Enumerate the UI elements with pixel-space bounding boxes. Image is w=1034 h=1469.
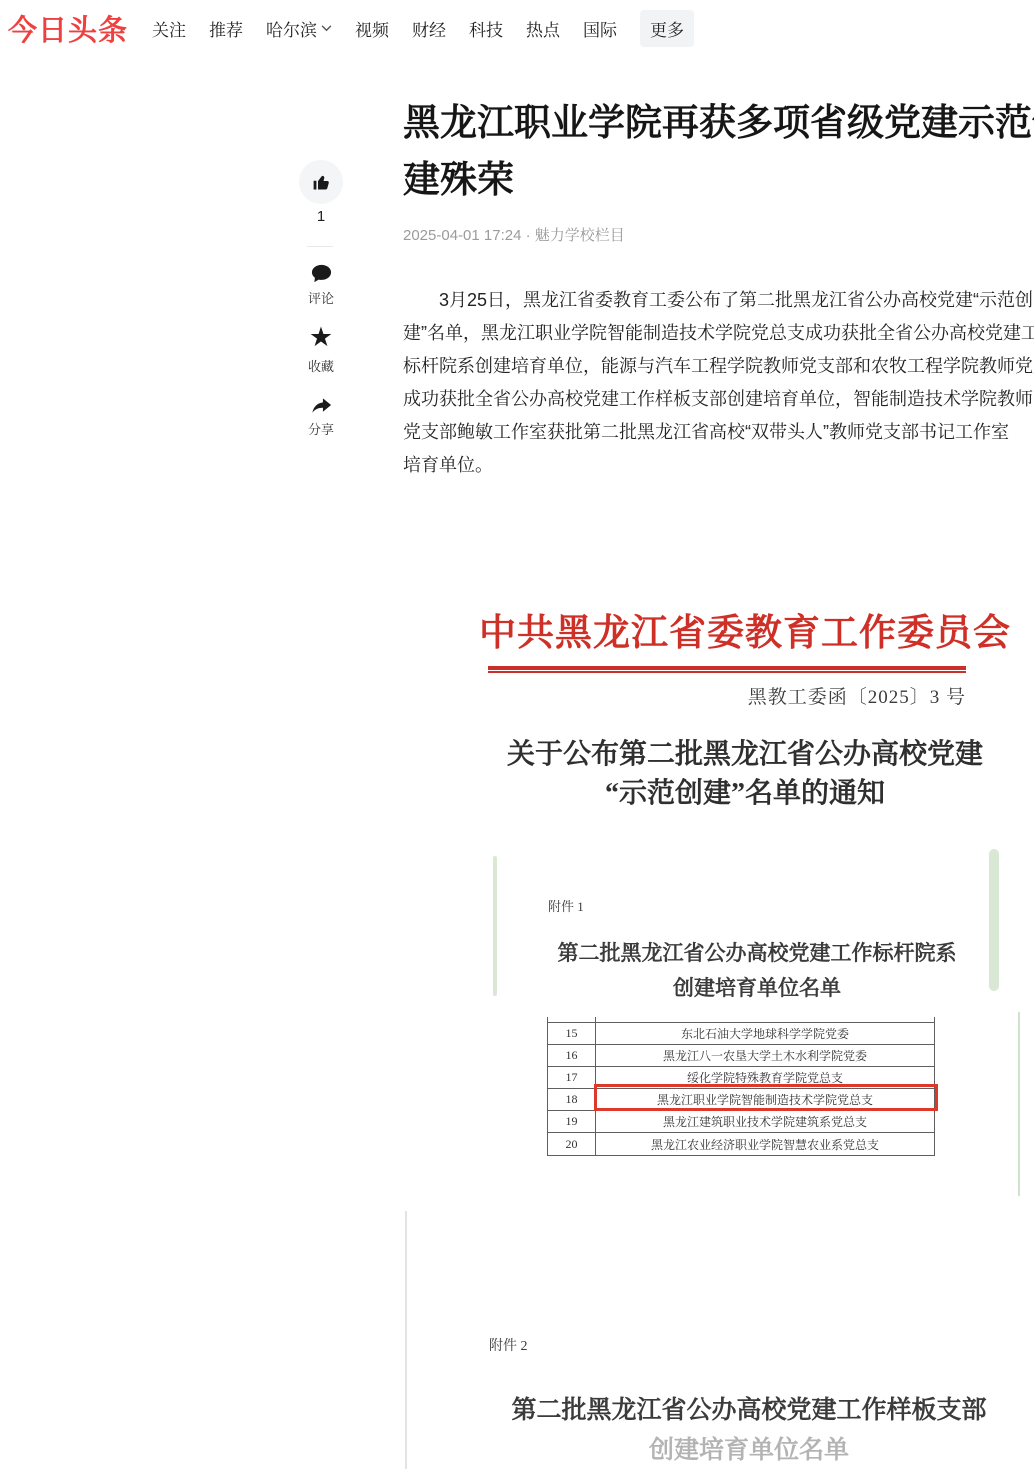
attachment1-title: 第二批黑龙江省公办高校党建工作标杆院系 创建培育单位名单	[482, 936, 1032, 1006]
article-body: 3月25日，黑龙江省委教育工委公布了第二批黑龙江省公办高校党建“示范创 建”名单…	[403, 284, 1034, 482]
nav-item-video[interactable]: 视频	[355, 16, 389, 41]
article-title: 黑龙江职业学院再获多项省级党建示范创 建殊荣	[403, 94, 1034, 208]
attachment1-label: 附件 1	[548, 896, 584, 915]
share-label: 分享	[281, 419, 361, 438]
favorite-label: 收藏	[281, 356, 361, 375]
favorite-button[interactable]: ★	[281, 324, 361, 351]
page-edge-right-thin	[1018, 1012, 1020, 1196]
body-line: 成功获批全省公办高校党建工作样板支部创建培育单位，智能制造技术学院教师	[403, 383, 1034, 416]
star-icon: ★	[309, 322, 333, 352]
notice-title: 关于公布第二批黑龙江省公办高校党建 “示范创建”名单的通知	[420, 735, 1034, 813]
rail-divider	[307, 246, 333, 247]
comment-bubble-icon	[310, 262, 333, 285]
body-line: 建”名单，黑龙江职业学院智能制造技术学院党总支成功获批全省公办高校党建工作	[403, 317, 1034, 350]
nav-item-hot[interactable]: 热点	[526, 16, 560, 41]
chevron-down-icon	[321, 25, 332, 32]
nav-item-tech[interactable]: 科技	[469, 16, 503, 41]
highlight-box-row18	[594, 1084, 938, 1111]
attachment2-title-line1: 第二批黑龙江省公办高校党建工作样板支部	[449, 1390, 1034, 1426]
letterhead-title: 中共黑龙江省委教育工作委员会	[420, 602, 1034, 656]
body-line: 3月25日，黑龙江省委教育工委公布了第二批黑龙江省公办高校党建“示范创	[403, 284, 1034, 317]
thumbs-up-icon	[311, 172, 332, 193]
top-nav: 今日头条 关注 推荐 哈尔滨 视频 财经 科技 热点 国际 更多	[0, 0, 1034, 56]
toutiao-logo[interactable]: 今日头条	[8, 8, 128, 49]
nav-item-follow[interactable]: 关注	[152, 16, 186, 41]
share-button[interactable]	[281, 394, 361, 422]
nav-item-recommend[interactable]: 推荐	[209, 16, 243, 41]
nav-item-more[interactable]: 更多	[640, 10, 694, 47]
table-row: 15 东北石油大学地球科学学院党委	[548, 1023, 934, 1045]
table-row: 19 黑龙江建筑职业技术学院建筑系党总支	[548, 1111, 934, 1133]
body-line: 标杆院系创建培育单位，能源与汽车工程学院教师党支部和农牧工程学院教师党支部	[403, 350, 1034, 383]
nav-item-harbin[interactable]: 哈尔滨	[266, 16, 332, 41]
like-button[interactable]	[299, 160, 343, 204]
like-count: 1	[281, 208, 361, 225]
share-arrow-icon	[310, 394, 333, 417]
article-meta: 2025-04-01 17:24 · 魅力学校栏目	[403, 224, 625, 245]
document-number: 黑教工委函〔2025〕3 号	[600, 682, 966, 709]
table-row: 16 黑龙江八一农垦大学土木水利学院党委	[548, 1045, 934, 1067]
page-edge-left-gray	[405, 1211, 407, 1469]
nav-item-finance[interactable]: 财经	[412, 16, 446, 41]
body-line: 培育单位。	[403, 449, 1034, 482]
letterhead-double-rule	[488, 666, 966, 673]
table-row: 20 黑龙江农业经济职业学院智慧农业系党总支	[548, 1133, 934, 1155]
attachment2-label: 附件 2	[489, 1335, 528, 1355]
comment-button[interactable]	[281, 262, 361, 290]
attachment2-title-line2: 创建培育单位名单	[449, 1430, 1034, 1466]
body-line: 党支部鲍敏工作室获批第二批黑龙江省高校“双带头人”教师党支部书记工作室	[403, 416, 1034, 449]
comment-label: 评论	[281, 288, 361, 307]
nav-items: 关注 推荐 哈尔滨 视频 财经 科技 热点 国际 更多	[152, 10, 694, 47]
page: 今日头条 关注 推荐 哈尔滨 视频 财经 科技 热点 国际 更多 1 评论 ★	[0, 0, 1034, 1469]
nav-item-international[interactable]: 国际	[583, 16, 617, 41]
